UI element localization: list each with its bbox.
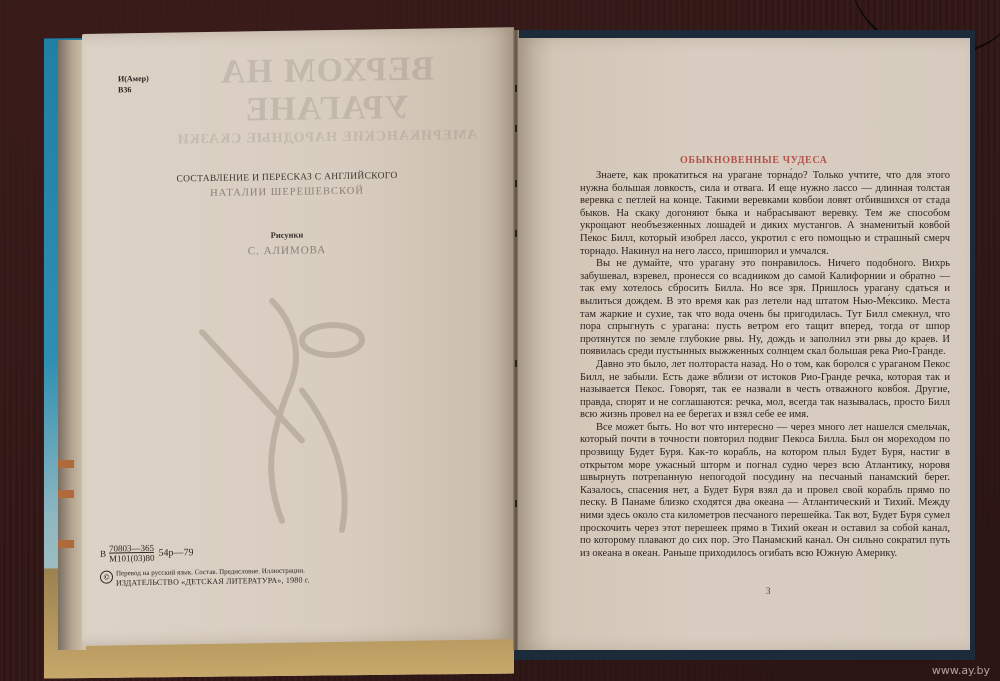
library-classification: И(Амер) В36 [118,73,149,95]
show-through-title: ВЕРХОМ НА УРАГАНЕ АМЕРИКАНСКИЕ НАРОДНЫЕ … [162,50,492,149]
paragraph: Давно это было, лет полтораста назад. Но… [580,359,950,422]
paragraph: Все может быть. Но вот что интересно — ч… [580,422,950,561]
watermark: www.ay.by [932,664,990,677]
paragraph: Знаете, как прокатиться на урагане торна… [580,170,950,258]
compiler-role: СОСТАВЛЕНИЕ И ПЕРЕСКАЗ С АНГЛИЙСКОГО [162,171,412,185]
code-prefix: В [100,549,106,559]
publisher-line: ИЗДАТЕЛЬСТВО «ДЕТСКАЯ ЛИТЕРАТУРА», 1980 … [116,575,310,587]
copyright-text: Перевод на русский язык. Состав. Предисл… [116,566,310,587]
story-text: Знаете, как прокатиться на урагане торна… [580,170,950,560]
paragraph: Вы не думайте, что урагану это понравило… [580,258,950,359]
code-fraction: 70803—365 М101(03)80 [109,543,155,564]
binding-stitch [515,180,517,187]
illustrator-name: С. АЛИМОВА [162,243,412,259]
show-through-illustration [182,289,402,552]
page-tab [58,460,74,468]
chapter-title: ОБЫКНОВЕННЫЕ ЧУДЕСА [680,155,827,166]
imprint-block: В 70803—365 М101(03)80 54р—79 © Перевод … [100,540,310,587]
publishing-code: В 70803—365 М101(03)80 54р—79 [100,540,310,563]
left-page: ВЕРХОМ НА УРАГАНЕ АМЕРИКАНСКИЕ НАРОДНЫЕ … [82,27,514,646]
binding-stitch [515,125,517,132]
page-number: 3 [766,586,771,596]
binding-stitch [515,500,517,507]
show-through-title-main: ВЕРХОМ НА УРАГАНЕ [162,50,492,131]
page-tab [58,540,74,548]
classification-line-1: И(Амер) [118,73,149,84]
copyright-row: © Перевод на русский язык. Состав. Преди… [100,566,310,587]
binding-stitch [515,230,517,237]
copyright-icon: © [100,571,113,584]
credits-block: СОСТАВЛЕНИЕ И ПЕРЕСКАЗ С АНГЛИЙСКОГО НАТ… [162,171,412,259]
show-through-title-sub: АМЕРИКАНСКИЕ НАРОДНЫЕ СКАЗКИ [162,128,492,149]
binding-stitch [515,360,517,367]
code-suffix: 54р—79 [159,547,194,559]
binding-stitch [515,85,517,92]
compiler-name: НАТАЛИИ ШЕРЕШЕВСКОЙ [162,185,412,200]
page-tab [58,490,74,498]
right-page: ОБЫКНОВЕННЫЕ ЧУДЕСА Знаете, как прокатит… [518,38,970,650]
illustrator-role: Рисунки [162,228,412,242]
classification-line-2: В36 [118,84,149,95]
code-denominator: М101(03)80 [109,553,155,564]
